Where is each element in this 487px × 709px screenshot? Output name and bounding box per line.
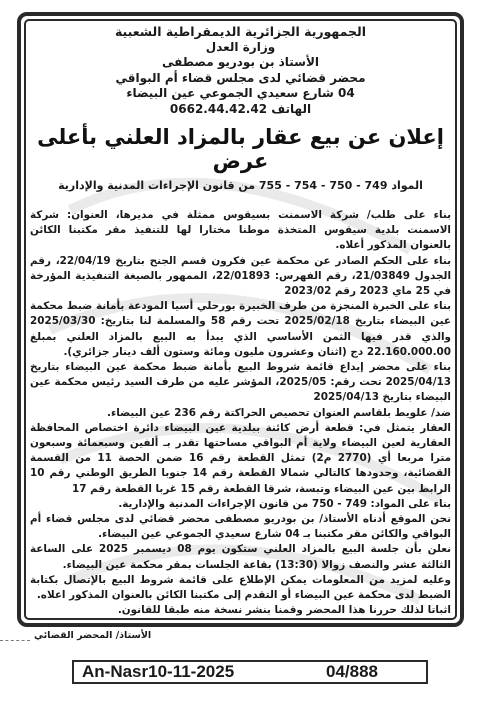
notice-subtitle: المواد 749 - 750 - 754 - 755 من قانون ال… [30,179,451,192]
paragraph-against: ضد/ علويط بلقاسم العنوان تحصيص الحراكتة … [30,406,451,421]
paragraph-requester: بناء على طلب/ شركة الاسمنت بسيقوس ممثلة … [30,208,451,254]
paragraph-closing: اثباتا لذلك حررنا هذا المحضر وقمنا بنشر … [30,603,451,618]
paragraph-property: العقار يتمثل في: قطعة أرض كائنة ببلدية ع… [30,421,451,497]
publication-date: An-Nasr10-11-2025 [82,662,234,682]
publication-footer: An-Nasr10-11-2025 04/888 [72,660,428,684]
office-phone: الهاتف 0662.44.42.42 [30,102,451,118]
notice-body: بناء على طلب/ شركة الاسمنت بسيقوس ممثلة … [30,208,451,618]
paragraph-articles: بناء على المواد: 749 - 750 من قانون الإج… [30,497,451,512]
paragraph-judgment: بناء على الحكم الصادر عن محكمة عين فكرون… [30,254,451,300]
paragraph-info: وعليه لمزيد من المعلومات يمكن الإطلاع عل… [30,573,451,603]
signature-label: الأستاذ/ المحضر القضائي [30,630,451,641]
document-content: الجمهورية الجزائرية الديمقراطية الشعبية … [30,24,451,641]
letterhead: الجمهورية الجزائرية الديمقراطية الشعبية … [30,24,451,117]
paragraph-expertise: بناء على الخبرة المنجزة من طرف الخبيرة ب… [30,299,451,360]
office-name: محضر قضائي لدى مجلس قضاء أم البواقي [30,71,451,87]
bailiff-name: الأستاذ بن بودريو مصطفى [30,55,451,71]
paragraph-deposit: بناء على محضر إيداع قائمة شروط البيع بأم… [30,360,451,406]
reference-number: 04/888 [326,662,378,682]
ministry-name: وزارة العدل [30,40,451,56]
republic-name: الجمهورية الجزائرية الديمقراطية الشعبية [30,24,451,40]
cut-line [0,640,30,641]
paragraph-undersigned: نحن الموقع أدناه الأستاذ/ بن بودريو مصطف… [30,512,451,542]
notice-title: إعلان عن بيع عقار بالمزاد العلني بأعلى ع… [30,125,451,173]
paragraph-session: نعلن بأن جلسة البيع بالمزاد العلني ستكون… [30,542,451,572]
office-address: 04 شارع سعيدي الجموعي عين البيضاء [30,86,451,102]
